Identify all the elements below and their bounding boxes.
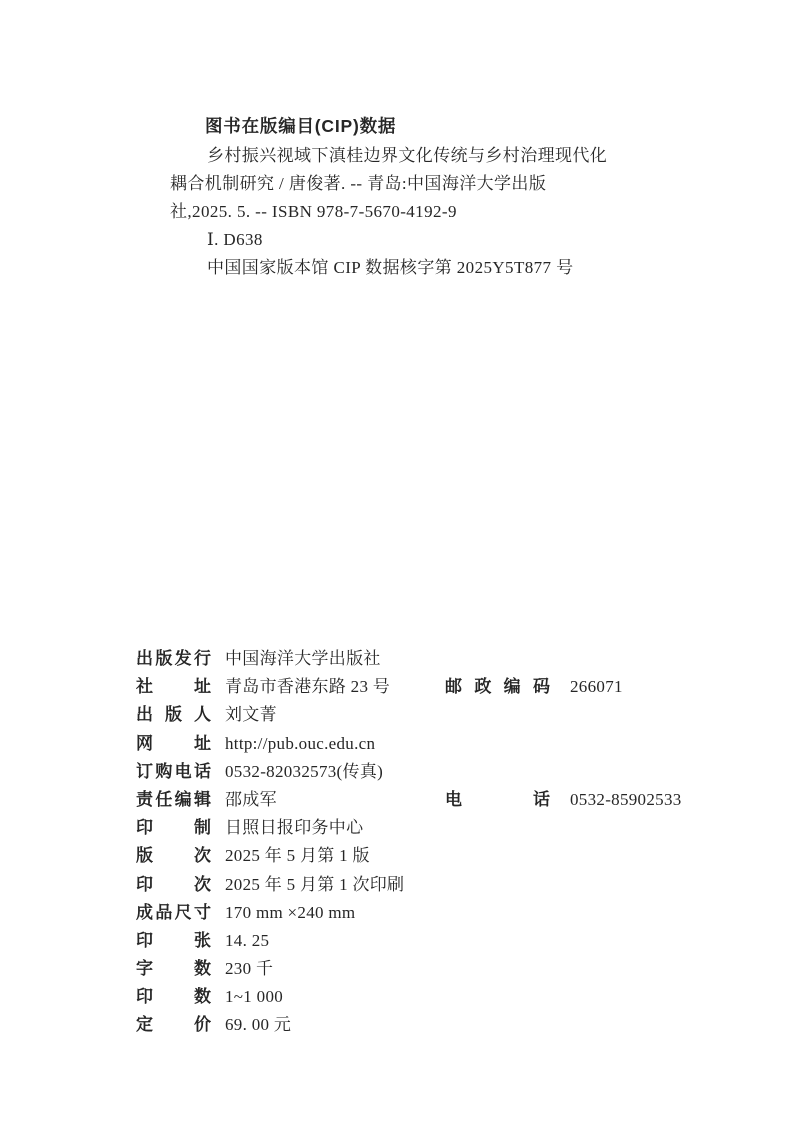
row-phone: 电话0532-85902533 bbox=[445, 786, 682, 814]
cip-isbn-line: 社,2025. 5. -- ISBN 978-7-5670-4192-9 bbox=[170, 198, 660, 226]
field-label: 邮政编码 bbox=[445, 673, 550, 701]
cip-block: 图书在版编目(CIP)数据 乡村振兴视域下滇桂边界文化传统与乡村治理现代化 耦合… bbox=[170, 112, 660, 282]
row-postal-code: 邮政编码266071 bbox=[445, 673, 623, 701]
row-trim-size: 成品尺寸170 mm ×240 mm bbox=[136, 899, 756, 927]
field-value: 170 mm ×240 mm bbox=[225, 899, 355, 927]
row-address: 社址青岛市香港东路 23 号 邮政编码266071 bbox=[136, 673, 756, 701]
field-value: 日照日报印务中心 bbox=[225, 814, 363, 842]
field-value: 刘文菁 bbox=[225, 701, 277, 729]
cip-title-line-1: 乡村振兴视域下滇桂边界文化传统与乡村治理现代化 bbox=[170, 142, 660, 170]
website-url: http://pub.ouc.edu.cn bbox=[225, 730, 375, 758]
cip-title-line-2: 耦合机制研究 / 唐俊著. -- 青岛:中国海洋大学出版 bbox=[170, 170, 660, 198]
row-publisher: 出版发行中国海洋大学出版社 bbox=[136, 645, 756, 673]
field-label: 责任编辑 bbox=[136, 786, 211, 814]
field-value: 2025 年 5 月第 1 版 bbox=[225, 842, 370, 870]
row-impression: 印次2025 年 5 月第 1 次印刷 bbox=[136, 871, 756, 899]
field-label: 电话 bbox=[445, 786, 550, 814]
field-label: 印制 bbox=[136, 814, 211, 842]
field-label: 印数 bbox=[136, 983, 211, 1011]
book-copyright-page: 图书在版编目(CIP)数据 乡村振兴视域下滇桂边界文化传统与乡村治理现代化 耦合… bbox=[0, 0, 799, 1129]
cip-record-number: 中国国家版本馆 CIP 数据核字第 2025Y5T877 号 bbox=[170, 254, 660, 282]
field-label: 出版人 bbox=[136, 701, 211, 729]
field-value: 中国海洋大学出版社 bbox=[225, 645, 381, 673]
cip-heading: 图书在版编目(CIP)数据 bbox=[170, 112, 660, 140]
row-printer: 印制日照日报印务中心 bbox=[136, 814, 756, 842]
field-label: 版次 bbox=[136, 842, 211, 870]
field-value: 青岛市香港东路 23 号 bbox=[225, 673, 390, 701]
row-printed-sheets: 印张14. 25 bbox=[136, 927, 756, 955]
colophon-block: 出版发行中国海洋大学出版社 社址青岛市香港东路 23 号 邮政编码266071 … bbox=[136, 645, 756, 1040]
field-value: 14. 25 bbox=[225, 927, 269, 955]
field-label: 印次 bbox=[136, 871, 211, 899]
field-value: 0532-85902533 bbox=[570, 786, 682, 814]
field-label: 定价 bbox=[136, 1011, 211, 1039]
field-value: 1~1 000 bbox=[225, 983, 283, 1011]
field-label: 订购电话 bbox=[136, 758, 211, 786]
row-order-phone: 订购电话0532-82032573(传真) bbox=[136, 758, 756, 786]
field-value: 0532-82032573(传真) bbox=[225, 758, 383, 786]
field-value: 266071 bbox=[570, 673, 623, 701]
row-website: 网址http://pub.ouc.edu.cn bbox=[136, 730, 756, 758]
field-value: 邵成军 bbox=[225, 786, 277, 814]
field-label: 出版发行 bbox=[136, 645, 211, 673]
field-value: 230 千 bbox=[225, 955, 273, 983]
row-word-count: 字数230 千 bbox=[136, 955, 756, 983]
field-label: 印张 bbox=[136, 927, 211, 955]
row-editor: 责任编辑邵成军 电话0532-85902533 bbox=[136, 786, 756, 814]
field-value: 2025 年 5 月第 1 次印刷 bbox=[225, 871, 404, 899]
row-edition: 版次2025 年 5 月第 1 版 bbox=[136, 842, 756, 870]
field-label: 社址 bbox=[136, 673, 211, 701]
field-label: 成品尺寸 bbox=[136, 899, 211, 927]
cip-classification: Ⅰ. D638 bbox=[170, 226, 660, 254]
row-print-run: 印数1~1 000 bbox=[136, 983, 756, 1011]
field-label: 字数 bbox=[136, 955, 211, 983]
row-price: 定价69. 00 元 bbox=[136, 1011, 756, 1039]
field-value: 69. 00 元 bbox=[225, 1011, 291, 1039]
field-label: 网址 bbox=[136, 730, 211, 758]
row-publisher-person: 出版人刘文菁 bbox=[136, 701, 756, 729]
